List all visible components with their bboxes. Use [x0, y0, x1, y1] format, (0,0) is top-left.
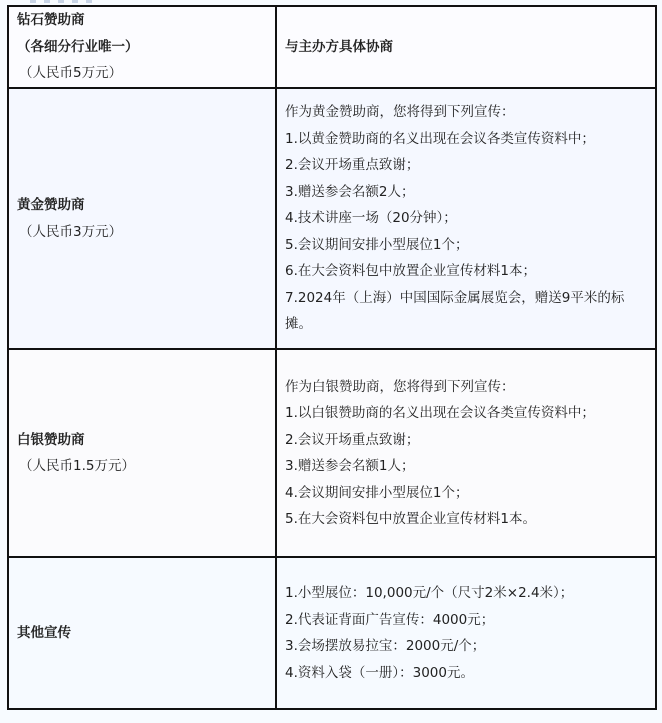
diamond-tier-title: 钻石赞助商 — [17, 7, 267, 34]
gold-benefit-item: 1.以黄金赞助商的名义出现在会议各类宣传资料中； — [285, 126, 647, 153]
table-row-other: 其他宣传 1.小型展位：10,000元/个（尺寸2米×2.4米）； 2.代表证背… — [8, 557, 656, 709]
table-row-gold: 黄金赞助商 （人民币3万元） 作为黄金赞助商，您将得到下列宣传： 1.以黄金赞助… — [8, 88, 656, 349]
gold-benefit-item: 6.在大会资料包中放置企业宣传材料1本； — [285, 258, 647, 285]
silver-benefit-item: 1.以白银赞助商的名义出现在会议各类宣传资料中； — [285, 400, 647, 427]
other-item: 1.小型展位：10,000元/个（尺寸2米×2.4米）； — [285, 580, 647, 607]
decorative-top-strip — [30, 0, 100, 3]
silver-benefits-cell: 作为白银赞助商，您将得到下列宣传： 1.以白银赞助商的名义出现在会议各类宣传资料… — [276, 349, 656, 557]
other-item: 4.资料入袋（一册）：3000元。 — [285, 660, 647, 687]
silver-tier-cell: 白银赞助商 （人民币1.5万元） — [8, 349, 276, 557]
silver-benefit-item: 5.在大会资料包中放置企业宣传材料1本。 — [285, 506, 647, 533]
gold-benefit-item: 4.技术讲座一场（20分钟）； — [285, 205, 647, 232]
silver-benefits-intro: 作为白银赞助商，您将得到下列宣传： — [285, 374, 647, 401]
gold-tier-title: 黄金赞助商 — [17, 192, 267, 219]
diamond-tier-subtitle: （各细分行业唯一） — [17, 34, 267, 61]
table-row-silver: 白银赞助商 （人民币1.5万元） 作为白银赞助商，您将得到下列宣传： 1.以白银… — [8, 349, 656, 557]
table-row-diamond: 钻石赞助商 （各细分行业唯一） （人民币5万元） 与主办方具体协商 — [8, 6, 656, 88]
silver-tier-price: （人民币1.5万元） — [17, 453, 267, 480]
gold-benefit-item: 5.会议期间安排小型展位1个； — [285, 232, 647, 259]
sponsorship-table: 钻石赞助商 （各细分行业唯一） （人民币5万元） 与主办方具体协商 黄金赞助商 … — [7, 5, 657, 710]
diamond-tier-cell: 钻石赞助商 （各细分行业唯一） （人民币5万元） — [8, 6, 276, 88]
silver-tier-title: 白银赞助商 — [17, 427, 267, 454]
diamond-tier-price: （人民币5万元） — [17, 60, 267, 87]
gold-benefits-intro: 作为黄金赞助商，您将得到下列宣传： — [285, 99, 647, 126]
silver-benefit-item: 3.赠送参会名额1人； — [285, 453, 647, 480]
gold-tier-cell: 黄金赞助商 （人民币3万元） — [8, 88, 276, 349]
gold-benefit-item: 3.赠送参会名额2人； — [285, 179, 647, 206]
silver-benefit-item: 2.会议开场重点致谢； — [285, 427, 647, 454]
gold-benefit-item: 7.2024年（上海）中国国际金属展览会，赠送9平米的标摊。 — [285, 285, 647, 338]
silver-benefit-item: 4.会议期间安排小型展位1个； — [285, 480, 647, 507]
gold-benefit-item: 2.会议开场重点致谢； — [285, 152, 647, 179]
other-tier-title: 其他宣传 — [17, 620, 267, 647]
other-item: 2.代表证背面广告宣传：4000元； — [285, 607, 647, 634]
other-benefits-cell: 1.小型展位：10,000元/个（尺寸2米×2.4米）； 2.代表证背面广告宣传… — [276, 557, 656, 709]
gold-benefits-cell: 作为黄金赞助商，您将得到下列宣传： 1.以黄金赞助商的名义出现在会议各类宣传资料… — [276, 88, 656, 349]
other-tier-cell: 其他宣传 — [8, 557, 276, 709]
diamond-benefits-cell: 与主办方具体协商 — [276, 6, 656, 88]
other-item: 3.会场摆放易拉宝：2000元/个； — [285, 633, 647, 660]
gold-tier-price: （人民币3万元） — [17, 219, 267, 246]
